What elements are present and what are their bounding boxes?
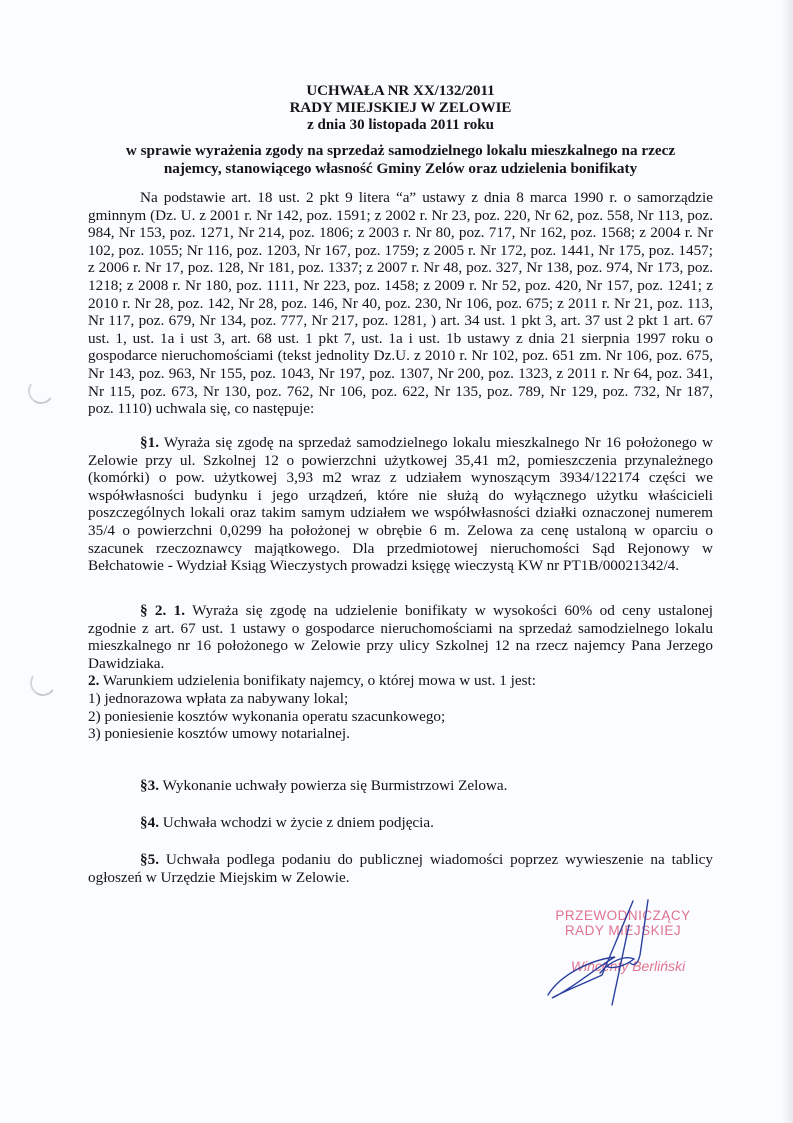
preamble-paragraph: Na podstawie art. 18 ust. 2 pkt 9 litera… bbox=[88, 189, 713, 418]
section-5: §5. Uchwała podlega podaniu do publiczne… bbox=[88, 851, 713, 886]
point-2-text: Warunkiem udzielenia bonifikaty najemcy,… bbox=[103, 672, 536, 689]
section-5-text: Uchwała podlega podaniu do publicznej wi… bbox=[88, 851, 713, 886]
section-2: § 2. 1. Wyraża się zgodę na udzielenie b… bbox=[88, 602, 713, 743]
section-3: §3. Wykonanie uchwały powierza się Burmi… bbox=[88, 777, 713, 795]
subject-line: najemcy, stanowiącego własność Gminy Zel… bbox=[88, 160, 713, 178]
section-4-text: Uchwała wchodzi w życie z dniem podjęcia… bbox=[163, 814, 434, 831]
punch-hole-mark bbox=[28, 668, 58, 698]
section-5-label: §5. bbox=[140, 851, 159, 868]
condition-item: 3) poniesienie kosztów umowy notarialnej… bbox=[88, 725, 713, 743]
condition-item: 1) jednorazowa wpłata za nabywany lokal; bbox=[88, 690, 713, 708]
document-subject: w sprawie wyrażenia zgody na sprzedaż sa… bbox=[88, 142, 713, 177]
condition-item: 2) poniesienie kosztów wykonania operatu… bbox=[88, 708, 713, 726]
section-1: §1. Wyraża się zgodę na sprzedaż samodzi… bbox=[88, 434, 713, 575]
section-4: §4. Uchwała wchodzi w życie z dniem podj… bbox=[88, 814, 713, 832]
scan-page-edge bbox=[781, 0, 793, 1123]
point-2-label: 2. bbox=[88, 672, 99, 689]
document-title: UCHWAŁA NR XX/132/2011 RADY MIEJSKIEJ W … bbox=[88, 83, 713, 134]
section-1-text: Wyraża się zgodę na sprzedaż samodzielne… bbox=[88, 434, 713, 574]
punch-hole-mark bbox=[26, 376, 56, 406]
section-2-label: § 2. 1. bbox=[140, 602, 185, 619]
subject-line: w sprawie wyrażenia zgody na sprzedaż sa… bbox=[88, 142, 713, 160]
title-date: z dnia 30 listopada 2011 roku bbox=[88, 117, 713, 134]
handwritten-signature-icon bbox=[530, 895, 680, 1010]
section-3-label: §3. bbox=[140, 777, 159, 794]
title-council: RADY MIEJSKIEJ W ZELOWIE bbox=[88, 100, 713, 117]
section-3-text: Wykonanie uchwały powierza się Burmistrz… bbox=[163, 777, 508, 794]
section-4-label: §4. bbox=[140, 814, 159, 831]
section-2-point-2: 2. Warunkiem udzielenia bonifikaty najem… bbox=[88, 672, 713, 690]
title-resolution-number: UCHWAŁA NR XX/132/2011 bbox=[88, 83, 713, 100]
section-1-label: §1. bbox=[140, 434, 159, 451]
preamble-text: Na podstawie art. 18 ust. 2 pkt 9 litera… bbox=[88, 189, 713, 417]
